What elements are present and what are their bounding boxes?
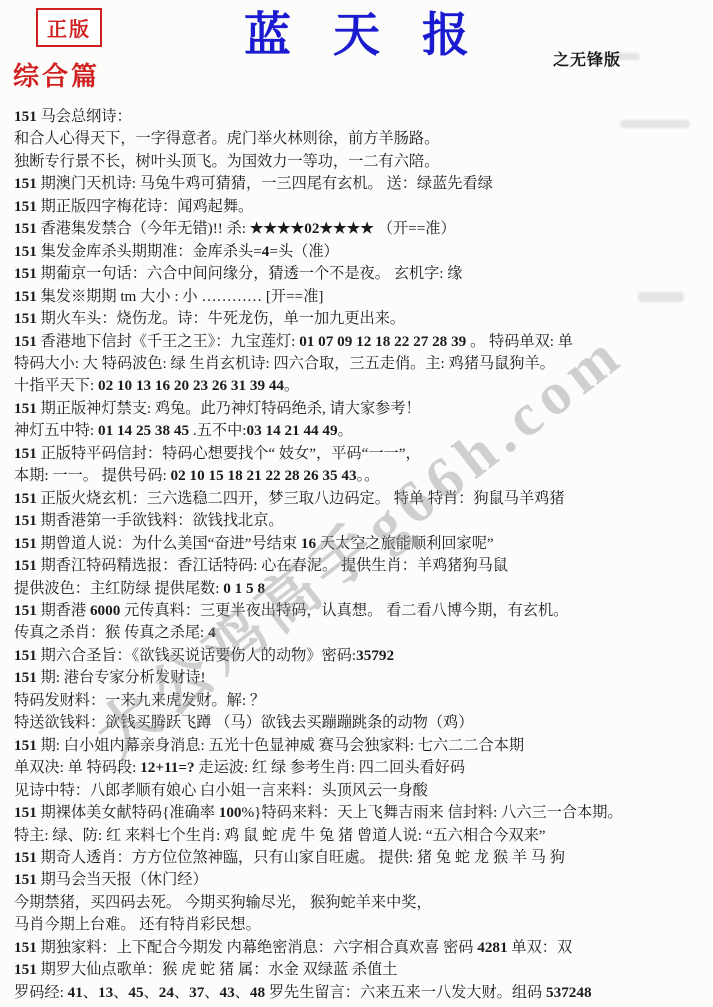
tip-line: 151 集发金库杀头期期准：金库杀头=4=头（准）: [14, 241, 704, 263]
tip-line: 151 期马会当天报（休门经）: [14, 869, 704, 891]
tip-line: 151 正版火烧玄机：三六选稳二四开，梦三取八边码定。 特单 特肖：狗鼠马羊鸡猪: [14, 488, 704, 510]
tip-line: 提供波色：主红防绿 提供尾数: 0 1 5 8: [14, 578, 704, 600]
tip-line: 151 期葡京一句话：六合中间问缘分，猜透一个不是夜。 玄机字: 缘: [14, 263, 704, 285]
tip-line: 151 马会总纲诗：: [14, 106, 704, 128]
tip-line: 151 期火车头：烧伤龙。诗：牛死龙伤，单一加九更出来。: [14, 308, 704, 330]
tip-line: 独断专行景不长，树叶头顶飞。为国效力一等功，一二有六陪。: [14, 151, 704, 173]
tip-line: 见诗中特：八郎孝顺有娘心 白小姐一言来料：头顶风云一身酸: [14, 780, 704, 802]
tip-line: 十指平天下: 02 10 13 16 20 23 26 31 39 44。: [14, 375, 704, 397]
tip-line: 151 期: 港台专家分析发财诗!: [14, 667, 704, 689]
tip-line: 罗码经: 41、13、45、24、37、43、48 罗先生留言：六来五来一八发大…: [14, 982, 704, 1004]
tip-line: 151 正版特平码信封：特码心想要找个“ 妓女”，平码“一一”，: [14, 443, 704, 465]
tip-line: 151 期: 白小姐内幕亲身消息: 五光十色显神威 赛马会独家料: 七六二二合本…: [14, 735, 704, 757]
tip-line: 马肖今期上台难。 还有特肖彩民想。: [14, 914, 704, 936]
tip-line: 151 期奇人透肖：方方位位煞神臨，只有山家自旺處。 提供: 猪 兔 蛇 龙 猴…: [14, 847, 704, 869]
tip-line: 151 期罗大仙点歌单：猴 虎 蛇 猪 属：水金 双绿蓝 杀值土: [14, 959, 704, 981]
tip-line: 今期禁猪，买四码去死。 今期买狗输尽光， 猴狗蛇羊来中奖，: [14, 892, 704, 914]
tip-line: 151 期曾道人说：为什么美国“奋进”号结束 16 天太空之旅能顺利回家呢”: [14, 533, 704, 555]
tip-line: 151 期独家料：上下配合今期发 内幕绝密消息：六字相合真欢喜 密码 4281 …: [14, 937, 704, 959]
tip-line: 151 集发※期期 tm 大小 : 小 ………… [开==准]: [14, 286, 704, 308]
section-title: 综合篇: [13, 56, 100, 93]
tip-line: 特码发财料：一来九来虎发财。解: ？: [14, 690, 704, 712]
tip-line: 151 期六合圣旨：《欲钱买说话要伤人的动物》密码:35792: [14, 645, 704, 667]
tip-line: 神灯五中特: 01 14 25 38 45 .五不中:03 14 21 44 4…: [14, 420, 704, 442]
tip-line: 151 期正版四字梅花诗：闻鸡起舞。: [14, 196, 704, 218]
tip-line: 151 期澳门天机诗: 马兔牛鸡可猜猜，一三四尾有玄机。 送：绿蓝先看绿: [14, 173, 704, 195]
tip-line: 151 期香港第一手欲钱料：欲钱找北京。: [14, 510, 704, 532]
tip-line: 特送欲钱料：欲钱买腾跃飞蹲 （马）欲钱去买蹦蹦跳条的动物（鸡）: [14, 712, 704, 734]
content-lines: 151 马会总纲诗：和合人心得天下，一字得意者。虎门举火林则徐，前方羊肠路。独断…: [14, 106, 704, 1004]
tip-line: 151 期香港 6000 元传真料：三更半夜出特码，认真想。 看二看八博今期，有…: [14, 600, 704, 622]
tip-line: 151 香港地下信封《千王之王》：九宝莲灯: 01 07 09 12 18 22…: [14, 331, 704, 353]
tip-line: 151 香港集发禁合（今年无错)!! 杀: ★★★★02★★★★ （开==准）: [14, 218, 704, 240]
tip-line: 本期: 一一。 提供号码: 02 10 15 18 21 22 28 26 35…: [14, 465, 704, 487]
tip-line: 单双决: 单 特码段: 12+11=? 走运波: 红 绿 参考生肖: 四二回头看…: [14, 757, 704, 779]
tip-line: 传真之杀肖：猴 传真之杀尾: 4: [14, 622, 704, 644]
tip-line: 特主: 绿、防: 红 来料七个生肖: 鸡 鼠 蛇 虎 牛 兔 猪 曾道人说: “…: [14, 825, 704, 847]
tip-line: 和合人心得天下，一字得意者。虎门举火林则徐，前方羊肠路。: [14, 128, 704, 150]
tip-line: 151 期裸体美女献特码{准确率 100%}特码来料：天上飞舞吉雨来 信封料: …: [14, 802, 704, 824]
tip-line: 151 期正版神灯禁支: 鸡兔。此乃神灯特码绝杀, 请大家参考！: [14, 398, 704, 420]
edition-label: 之无锋版: [553, 47, 621, 70]
tip-line: 151 期香江特码精选报：香江话特码: 心在春泥。 提供生肖：羊鸡猪狗马鼠: [14, 555, 704, 577]
tip-line: 特码大小: 大 特码波色: 绿 生肖玄机诗: 四六合取，三五走俏。主: 鸡猪马鼠…: [14, 353, 704, 375]
